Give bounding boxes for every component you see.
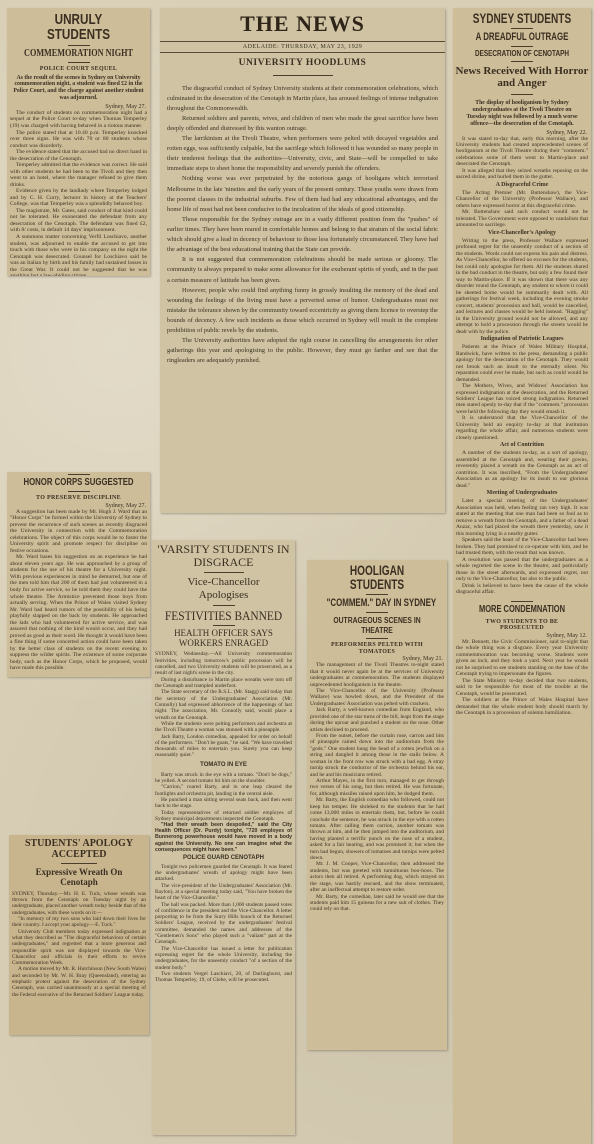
paragraph: SYDNEY, Wednesday.—All University commem… [155, 651, 292, 676]
paragraph: The conduct of students on commemoration… [10, 110, 147, 130]
headline-university-hoodlums: UNIVERSITY HOODLUMS [160, 59, 445, 69]
paragraph: The vice-president of the Undergraduates… [155, 883, 292, 902]
divider [68, 45, 90, 46]
paragraph: It was stated to-day that, early this mo… [456, 136, 588, 168]
paragraph: The magistrate, Mr. Gates, said conduct … [10, 208, 147, 234]
paragraph: Writing to the press, Professor Wallace … [456, 238, 588, 335]
paragraph: Mr. J. M. Cooper, Vice-Chancellor, then … [310, 861, 444, 893]
masthead: THE NEWS [160, 11, 445, 37]
deck-festivities-banned: FESTIVITIES BANNED [161, 609, 287, 622]
subhead-meeting-undergraduates: Meeting of Undergraduates [456, 490, 588, 497]
deck-health-officer: HEALTH OFFICER SAYS WORKERS ENRAGED [156, 629, 291, 649]
paragraph: From the outset, before the curtain rose… [310, 733, 444, 778]
paragraph: However, people who could find anything … [167, 286, 438, 337]
article-body: It was stated to-day that, early this mo… [456, 136, 588, 596]
clipping-hooligan-students: HOOLIGAN STUDENTS "COMMEM." DAY IN SYDNE… [307, 560, 447, 1050]
paragraph: The police stated that at 10.40 p.m. Tem… [10, 130, 147, 150]
paragraph: Barty was struck in the eye with a tomat… [155, 772, 292, 785]
subhead-disgraceful-crime: A Disgraceful Crime [456, 182, 588, 189]
article-body: SYDNEY, Wednesday.—All University commem… [155, 651, 292, 983]
paragraph: Mr. Bennett, the Civic Commissioner, sai… [456, 639, 588, 678]
deck-horror-anger: News Received With Horror and Anger [455, 65, 589, 89]
paragraph: Mr. Barty, the English comedian who foll… [310, 797, 444, 861]
paragraph: The larrikinism at the Tivoli Theatre, w… [167, 134, 438, 174]
deck-commem-day: "COMMEM." DAY IN SYDNEY [327, 598, 428, 609]
paragraph: Returned soldiers and parents, wives, an… [167, 114, 438, 134]
paragraph: Mr. Buttenshaw said such conduct would n… [456, 209, 588, 228]
paragraph: The evidence stated that the accused had… [10, 149, 147, 162]
subdeck-performers-pelted: PERFORMERS PELTED WITH TOMATOES [317, 642, 437, 655]
paragraph: It is not suggested that commemoration c… [167, 255, 438, 285]
bold-quote: "Had their wreath been despoiled," said … [155, 822, 292, 852]
paragraph: The Acting Premier (Mr. Buttenshaw), the… [456, 190, 588, 209]
paragraph: University Club members today expressed … [12, 929, 146, 967]
deck-outrageous-scenes: OUTRAGEOUS SCENES IN THEATRE [333, 616, 421, 635]
divider [511, 46, 533, 47]
paragraph: Nothing worse was ever perpetrated by th… [167, 174, 438, 214]
divider [68, 474, 90, 475]
lede: The display of hooliganism by Sydney und… [465, 100, 579, 127]
paragraph: Later a special meeting of the Undergrad… [456, 498, 588, 537]
paragraph: Arthur Mayes, in the first turn, managed… [310, 778, 444, 797]
paragraph: He punched a man sitting several seats b… [155, 797, 292, 810]
divider [68, 62, 90, 63]
divider [213, 625, 235, 626]
subhead-tomato-in-eye: TOMATO IN EYE [155, 762, 292, 769]
subdeck-preserve-discipline: TO PRESERVE DISCIPLINE [7, 495, 150, 502]
paragraph: The Vice-Chancellor of the University (P… [310, 688, 444, 707]
headline-apology-accepted: STUDENTS' APOLOGY ACCEPTED [15, 839, 143, 860]
divider [511, 601, 533, 602]
paragraph: The management of the Tivoli Theatres to… [310, 662, 444, 688]
divider [204, 572, 244, 573]
paragraph: The University authorities have adopted … [167, 336, 438, 366]
paragraph: Jack Barty, London comedian, appealed fo… [155, 734, 292, 759]
paragraph: It is understood that the Vice-Chancello… [456, 415, 588, 441]
deck-desecration-cenotaph: DESECRATION OF CENOTAPH [467, 50, 577, 58]
paragraph: Patients at the Prince of Wales Military… [456, 344, 588, 383]
paragraph: The soldiers at the Prince of Wales Hosp… [456, 697, 588, 716]
clipping-sydney-students: SYDNEY STUDENTS A DREADFUL OUTRAGE DESEC… [453, 8, 591, 1144]
paragraph: It was alleged that they seized wreaths … [456, 168, 588, 181]
paragraph: A summons matter concerning Verfil Losch… [10, 234, 147, 276]
divider [511, 94, 533, 95]
paragraph: "Carrion," roared Barty, and in one leap… [155, 784, 292, 797]
paragraph: Temperley admitted that the evidence was… [10, 162, 147, 188]
divider [366, 612, 388, 613]
headline-hooligan-students: HOOLIGAN STUDENTS [327, 563, 428, 591]
paragraph: A suggestion has been made by Mr. Hugh J… [10, 509, 147, 555]
subdeck-police-court-sequel: POLICE COURT SEQUEL [7, 66, 150, 73]
deck-dreadful-outrage: A DREADFUL OUTRAGE [472, 32, 571, 43]
subhead-vice-chancellor-apology: Vice-Chancellor's Apology [456, 230, 588, 237]
paragraph: The hall was packed. More than 1,000 stu… [155, 902, 292, 946]
subdeck-two-students-prosecuted: TWO STUDENTS TO BE PROSECUTED [467, 619, 577, 632]
clipping-apology-accepted: STUDENTS' APOLOGY ACCEPTED Expressive Wr… [9, 835, 149, 1035]
divider [366, 638, 388, 639]
divider-ornament [273, 75, 333, 76]
paragraph: The Mothers, Wives, and Widows' Associat… [456, 383, 588, 415]
paragraph: "In memory of my two sons who laid down … [12, 916, 146, 929]
paragraph: The Vice-Chancellor has issued a letter … [155, 946, 292, 971]
clipping-unruly-students: UNRULY STUDENTS COMMEMORATION NIGHT POLI… [7, 8, 150, 276]
paragraph: Tonight two policemen guarded the Cenota… [155, 864, 292, 883]
paragraph: During a disturbance in Martin place wre… [155, 677, 292, 690]
paragraph: Speakers said the heart of the Vice-Chan… [456, 537, 588, 556]
paragraph: Two students Vergel Laschiavi, 20, of Da… [155, 971, 292, 984]
divider [366, 594, 388, 595]
article-body: The management of the Tivoli Theatres to… [310, 662, 444, 912]
paragraph: Jack Barty, a well-known comedian from E… [310, 707, 444, 733]
subhead-act-of-contrition: Act of Contrition [456, 442, 588, 449]
divider [213, 605, 235, 606]
paragraph: The disgraceful conduct of Sydney Univer… [167, 84, 438, 114]
paragraph: A motion moved by Mr. R. Hutchinson (New… [12, 966, 146, 998]
deck-commemoration-night: COMMEMORATION NIGHT [20, 49, 137, 59]
deck-vice-chancellor-apologises: Vice-Chancellor Apologises [174, 576, 273, 601]
article-body: A suggestion has been made by Mr. Hugh J… [10, 509, 147, 672]
paragraph: A number of the students to-day, as a so… [456, 450, 588, 489]
paragraph: While the students were pelting performe… [155, 721, 292, 734]
headline-varsity-students: 'VARSITY STUDENTS IN DISGRACE [154, 543, 293, 569]
subhead-police-guard: POLICE GUARD CENOTAPH [155, 855, 292, 862]
article-body: SYDNEY, Thursday.—Mr. H. E. Tuck, whose … [12, 891, 146, 998]
subhead-indignation-leagues: Indignation of Patriotic Leagues [456, 336, 588, 343]
paragraph: Today representatives of returned soldie… [155, 810, 292, 823]
divider [68, 491, 90, 492]
paragraph: Mr. Ward bases his suggestion on an expe… [10, 554, 147, 672]
divider [511, 61, 533, 62]
editorial-body: The disgraceful conduct of Sydney Univer… [167, 84, 438, 367]
headline-sydney-students: SYDNEY STUDENTS [472, 11, 571, 25]
paragraph: Those responsible for the Sydney outrage… [167, 215, 438, 255]
clipping-the-news: THE NEWS ADELAIDE: THURSDAY, MAY 23, 192… [160, 8, 445, 513]
headline-more-condemnation: MORE CONDEMNATION [470, 605, 574, 615]
divider [61, 863, 97, 864]
paragraph: Drink is believed to have been the cause… [456, 583, 588, 596]
article-body: Mr. Bennett, the Civic Commissioner, sai… [456, 639, 588, 717]
paragraph: The State Ministry to-day decided that t… [456, 678, 588, 697]
paragraph: The State secretary of the R.S.L. (Mr. S… [155, 689, 292, 721]
paragraph: A resolution was passed that the undergr… [456, 557, 588, 583]
paragraph: Mr. Barty, the comedian, later said he w… [310, 894, 444, 913]
paragraph: Evidence given by the landlady where Tem… [10, 188, 147, 208]
clipping-varsity-students: 'VARSITY STUDENTS IN DISGRACE Vice-Chanc… [152, 540, 295, 1135]
paragraph: SYDNEY, Thursday.—Mr. H. E. Tuck, whose … [12, 891, 146, 916]
headline-unruly-students: UNRULY STUDENTS [23, 12, 135, 42]
deck-expressive-wreath: Expressive Wreath On Cenotaph [17, 867, 141, 888]
headline-honor-corps: HONOR CORPS SUGGESTED [23, 478, 135, 488]
masthead-dateline: ADELAIDE: THURSDAY, MAY 23, 1929 [160, 41, 445, 53]
article-body: The conduct of students on commemoration… [10, 110, 147, 276]
divider [511, 28, 533, 29]
lede: As the result of the scenes in Sydney on… [12, 75, 145, 102]
clipping-honor-corps: HONOR CORPS SUGGESTED TO PRESERVE DISCIP… [7, 472, 150, 677]
